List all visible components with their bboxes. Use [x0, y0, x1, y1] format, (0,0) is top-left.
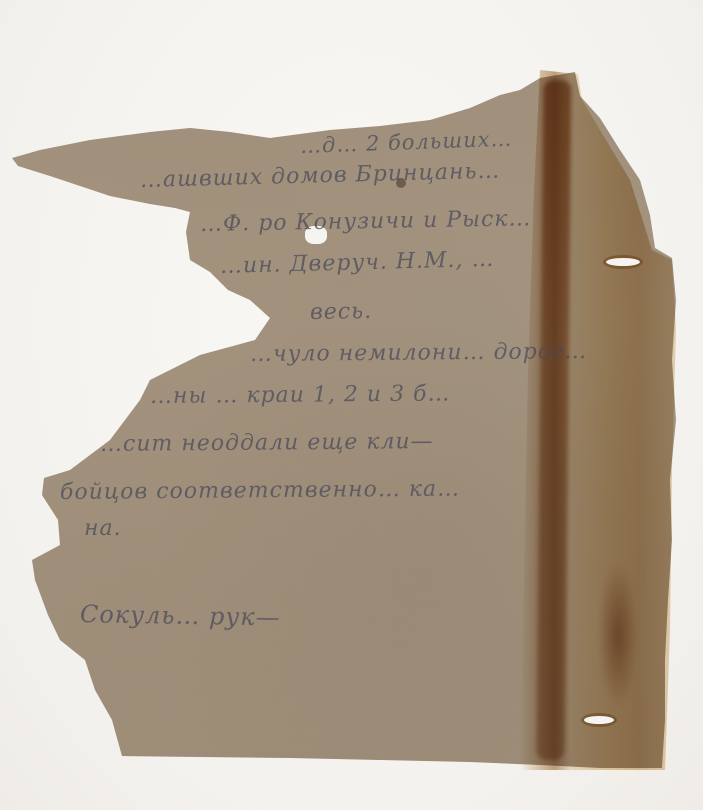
handwritten-line: …ны … краи 1, 2 и 3 б…: [150, 381, 451, 409]
rust-stain-blob: [598, 560, 638, 710]
paper-tear-slit: [584, 716, 614, 724]
handwritten-line: …чуло немилони… дорог…: [250, 339, 587, 367]
handwritten-line: …сит неоддали еще кли—: [100, 429, 434, 457]
handwritten-line: Сокуль… рук—: [80, 600, 281, 631]
handwritten-line: бойцов соответственно… ка…: [60, 477, 460, 505]
handwritten-line: весь.: [310, 299, 373, 325]
paper-tear-slit: [606, 258, 640, 266]
handwritten-line: на.: [84, 516, 122, 541]
